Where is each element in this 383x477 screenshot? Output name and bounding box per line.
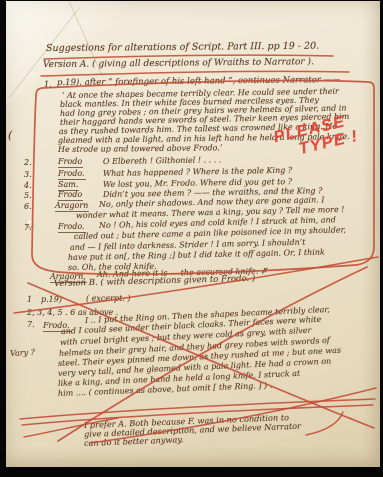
- speaker-name: Frodo.: [58, 169, 86, 180]
- dialogue-speaker: Frodo.: [58, 170, 86, 179]
- narration-line: He strode up and towered above Frodo.’: [58, 144, 223, 155]
- dialogue-number: 5.: [24, 192, 32, 201]
- dialogue-number: 2.: [24, 159, 32, 168]
- dialogue-speaker: Frodo: [58, 158, 83, 167]
- dialogue-speaker: Frodo: [58, 191, 83, 200]
- dialogue-speaker: Frodo.: [58, 223, 86, 232]
- dialogue-number: 7.: [24, 224, 32, 233]
- page-reference-note: ( excerpt. ): [86, 295, 131, 304]
- item-number: 1,: [44, 81, 52, 90]
- scanned-manuscript-page: Suggestions for alterations of Script. P…: [0, 0, 383, 477]
- dialogue-text: O Elbereth ! Gilthoniel ! . . . .: [103, 156, 222, 166]
- margin-paren-mark: (: [8, 130, 12, 142]
- item-number: 1: [27, 296, 32, 305]
- margin-query-note: Vary ?: [10, 349, 35, 359]
- dialogue-number: 6.: [24, 203, 32, 212]
- page-reference: p.19): [41, 296, 62, 305]
- item-number: 7.: [27, 321, 35, 330]
- dialogue-number: 3.: [24, 171, 32, 180]
- dialogue-number: 4.: [24, 182, 32, 191]
- dialogue-speaker: Aragorn: [55, 202, 89, 211]
- dialogue-speaker: Sam.: [58, 181, 79, 190]
- speaker-name: Frodo: [58, 157, 83, 168]
- speaker-name: Frodo: [58, 190, 83, 201]
